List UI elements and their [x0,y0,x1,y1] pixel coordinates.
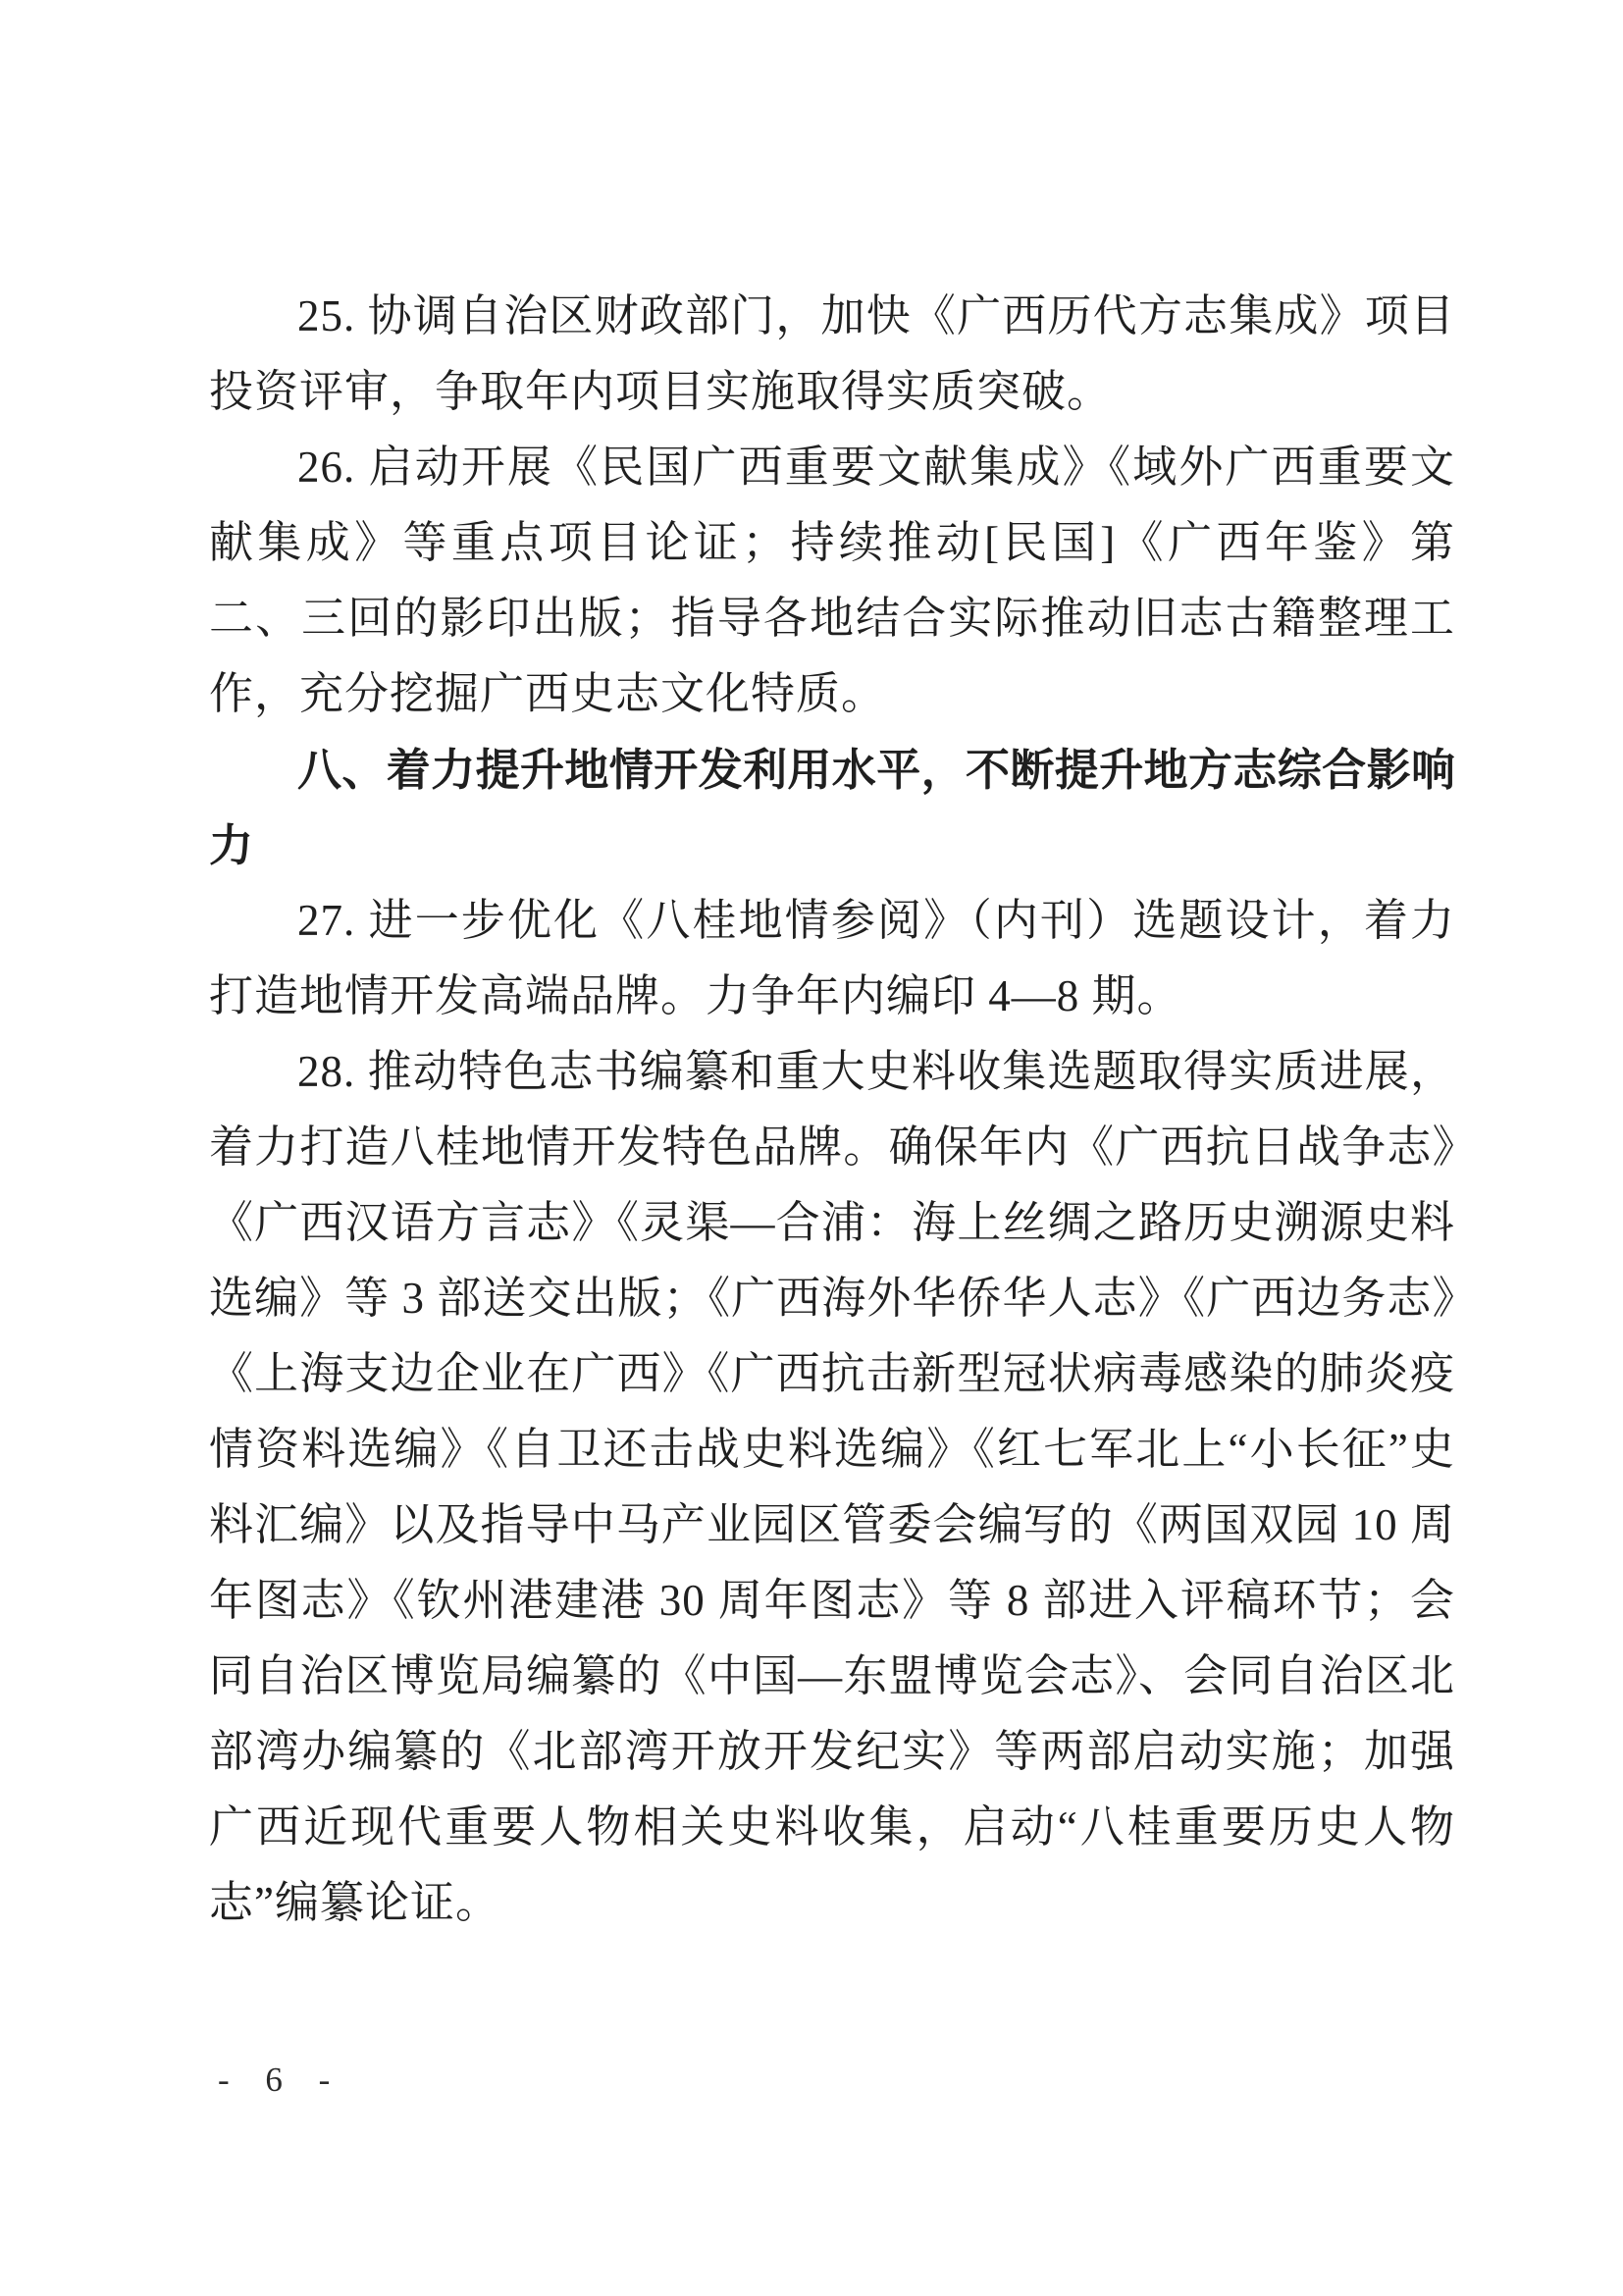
section-heading: 八、着力提升地情开发利用水平，不断提升地方志综合影响力 [209,732,1455,883]
paragraph-item-27: 27. 进一步优化《八桂地情参阅》（内刊）选题设计，着力打造地情开发高端品牌。力… [209,883,1455,1034]
page-number: - 6 - [218,2061,343,2100]
document-page: { "colors": { "page_background": "#fffff… [0,0,1623,2296]
page-background: 25. 协调自治区财政部门，加快《广西历代方志集成》项目投资评审，争取年内项目实… [0,0,1623,2296]
text-column: 25. 协调自治区财政部门，加快《广西历代方志集成》项目投资评审，争取年内项目实… [209,279,1455,1941]
paragraph-item-25: 25. 协调自治区财政部门，加快《广西历代方志集成》项目投资评审，争取年内项目实… [209,279,1455,430]
paragraph-item-28: 28. 推动特色志书编纂和重大史料收集选题取得实质进展，着力打造八桂地情开发特色… [209,1034,1455,1941]
paragraph-item-26: 26. 启动开展《民国广西重要文献集成》《域外广西重要文献集成》等重点项目论证；… [209,430,1455,732]
